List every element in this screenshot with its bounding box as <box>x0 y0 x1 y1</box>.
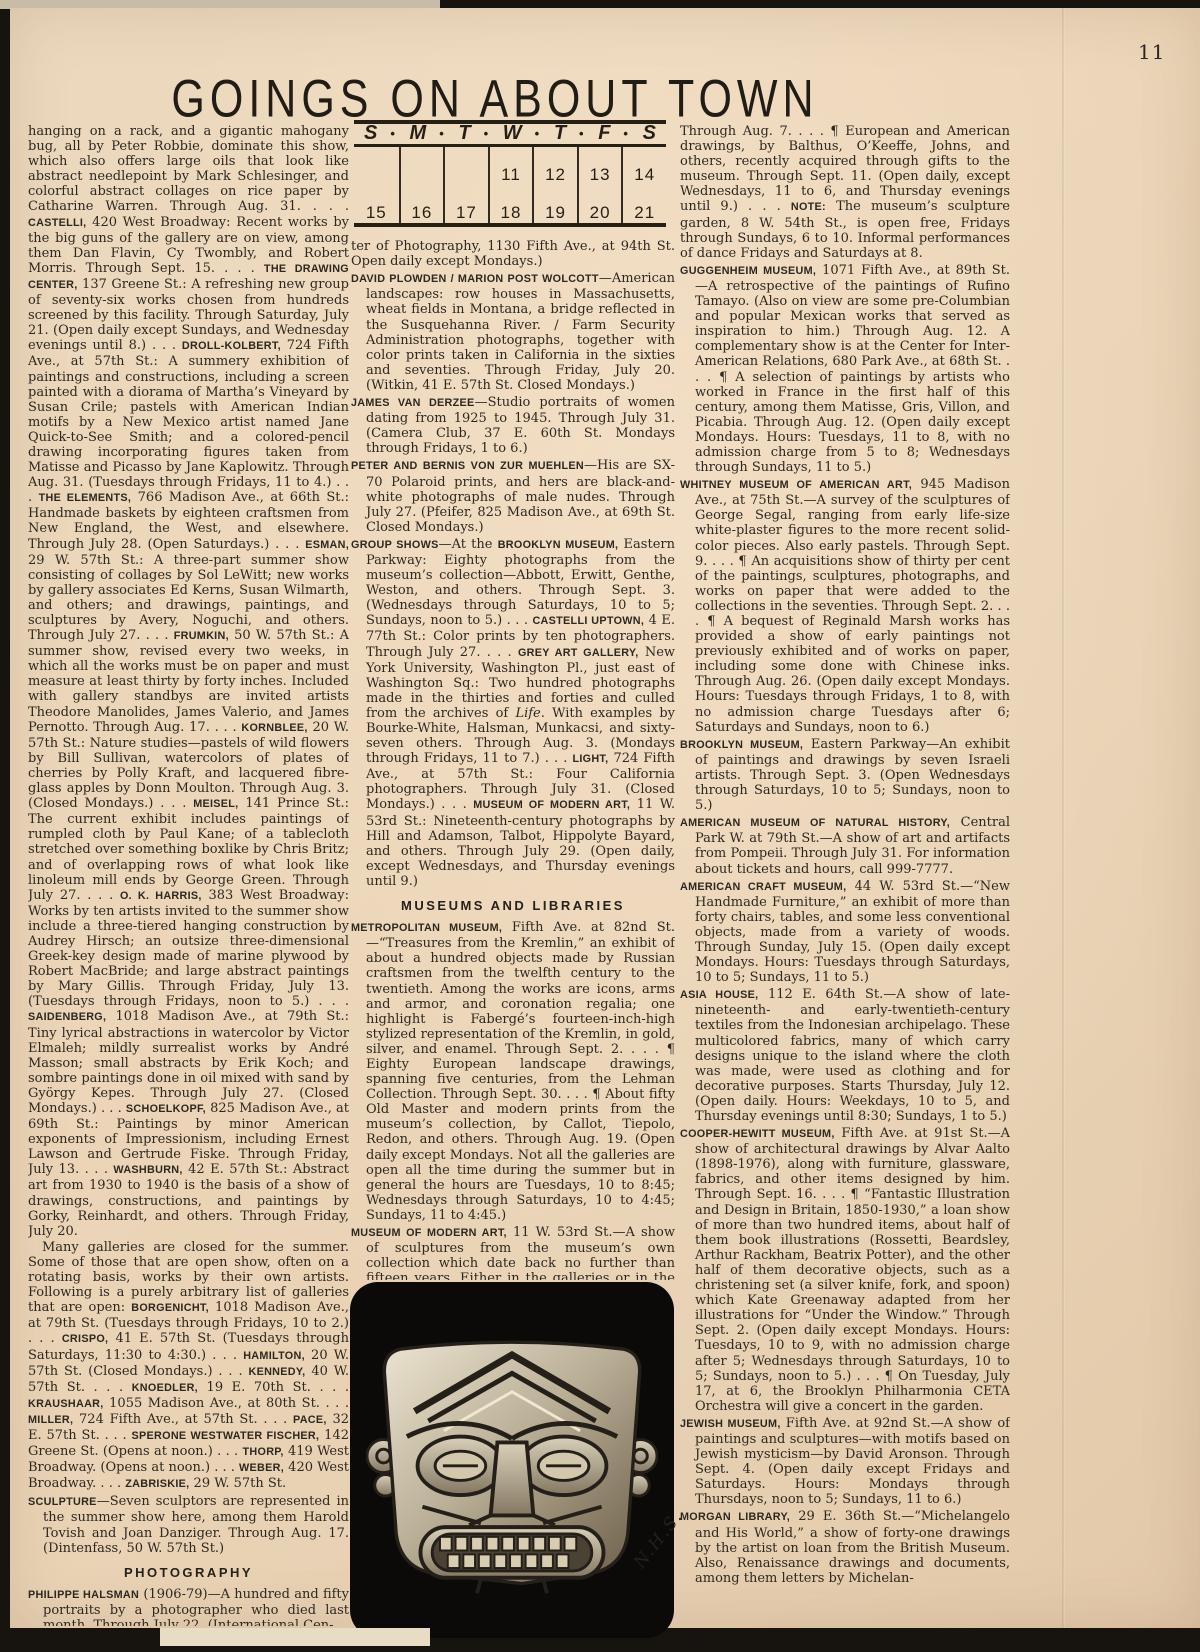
page-under-edge <box>160 1628 430 1646</box>
calendar-day: W <box>503 126 539 141</box>
paragraph: METROPOLITAN MUSEUM, Fifth Ave. at 82nd … <box>351 920 675 1223</box>
calendar-date: 18 <box>488 185 533 223</box>
paragraph: MORGAN LIBRARY, 29 E. 36th St.—“Michelan… <box>680 1509 1010 1585</box>
paragraph: GROUP SHOWS—At the BROOKLYN MUSEUM, East… <box>351 537 675 889</box>
calendar-date: 21 <box>621 185 666 223</box>
paragraph: BROOKLYN MUSEUM, Eastern Parkway—An exhi… <box>680 737 1010 813</box>
calendar-date: 12 <box>532 147 577 185</box>
paragraph: Through Aug. 7. . . . ¶ European and Ame… <box>680 124 1010 261</box>
calendar-date: 17 <box>443 185 488 223</box>
calendar-day: S <box>643 126 656 141</box>
paragraph: PETER AND BERNIS VON ZUR MUEHLEN—His are… <box>351 458 675 534</box>
paragraph: ter of Photography, 1130 Fifth Ave., at … <box>351 239 675 269</box>
paragraph: JAMES VAN DERZEE—Studio portraits of wom… <box>351 395 675 456</box>
calendar-day-row: S M T W T F S <box>354 124 666 147</box>
calendar-day: M <box>410 126 444 141</box>
paragraph: PHILIPPE HALSMAN (1906-79)—A hundred and… <box>28 1587 349 1626</box>
calendar-day: T <box>554 126 584 141</box>
calendar-day: T <box>458 126 488 141</box>
calendar-grid: 11 12 13 14 15 16 17 18 19 20 21 <box>354 147 666 223</box>
calendar-day: F <box>598 126 628 141</box>
paragraph: AMERICAN MUSEUM OF NATURAL HISTORY, Cent… <box>680 815 1010 876</box>
paragraph: Many galleries are closed for the summer… <box>28 1240 349 1493</box>
mask-photograph <box>352 1284 672 1636</box>
column-2: S M T W T F S 11 12 13 14 15 16 17 18 1 <box>351 120 675 1280</box>
paragraph: ASIA HOUSE, 112 E. 64th St.—A show of la… <box>680 987 1010 1124</box>
calendar-date: 16 <box>399 185 444 223</box>
paragraph: AMERICAN CRAFT MUSEUM, 44 W. 53rd St.—“N… <box>680 879 1010 986</box>
paragraph: hanging on a rack, and a gigantic mahoga… <box>28 124 349 1239</box>
calendar-date: 20 <box>577 185 622 223</box>
page-number: 11 <box>1138 40 1165 64</box>
paragraph: COOPER-HEWITT MUSEUM, Fifth Ave. at 91st… <box>680 1126 1010 1414</box>
calendar-date <box>354 147 399 185</box>
mask-mouth <box>421 1527 604 1578</box>
paragraph: DAVID PLOWDEN / MARION POST WOLCOTT—Amer… <box>351 271 675 393</box>
column-1: hanging on a rack, and a gigantic mahoga… <box>28 124 349 1626</box>
paragraph: GUGGENHEIM MUSEUM, 1071 Fifth Ave., at 8… <box>680 263 1010 475</box>
calendar-date: 13 <box>577 147 622 185</box>
magazine-page-scan: { "page": { "number": "11", "title": "GO… <box>0 0 1200 1652</box>
gold-mask-illustration <box>366 1294 658 1624</box>
magazine-page: 11 GOINGS ON ABOUT TOWN hanging on a rac… <box>10 8 1200 1628</box>
calendar-date: 11 <box>488 147 533 185</box>
calendar-date <box>443 147 488 185</box>
calendar-day: S <box>364 126 395 141</box>
paragraph: MUSEUM OF MODERN ART, 11 W. 53rd St.—A s… <box>351 1225 675 1280</box>
calendar-date: 15 <box>354 185 399 223</box>
paragraph: SCULPTURE—Seven sculptors are represente… <box>28 1494 349 1555</box>
paper-crease <box>1062 8 1065 1628</box>
column-2-text: ter of Photography, 1130 Fifth Ave., at … <box>351 239 675 1280</box>
section-heading: PHOTOGRAPHY <box>28 1565 349 1580</box>
week-calendar: S M T W T F S 11 12 13 14 15 16 17 18 1 <box>354 120 666 227</box>
paragraph: WHITNEY MUSEUM OF AMERICAN ART, 945 Madi… <box>680 477 1010 735</box>
paragraph: JEWISH MUSEUM, Fifth Ave. at 92nd St.—A … <box>680 1416 1010 1508</box>
section-heading: MUSEUMS AND LIBRARIES <box>351 898 675 913</box>
column-3: Through Aug. 7. . . . ¶ European and Ame… <box>680 124 1010 1636</box>
calendar-date: 14 <box>621 147 666 185</box>
calendar-date: 19 <box>532 185 577 223</box>
calendar-date <box>399 147 444 185</box>
